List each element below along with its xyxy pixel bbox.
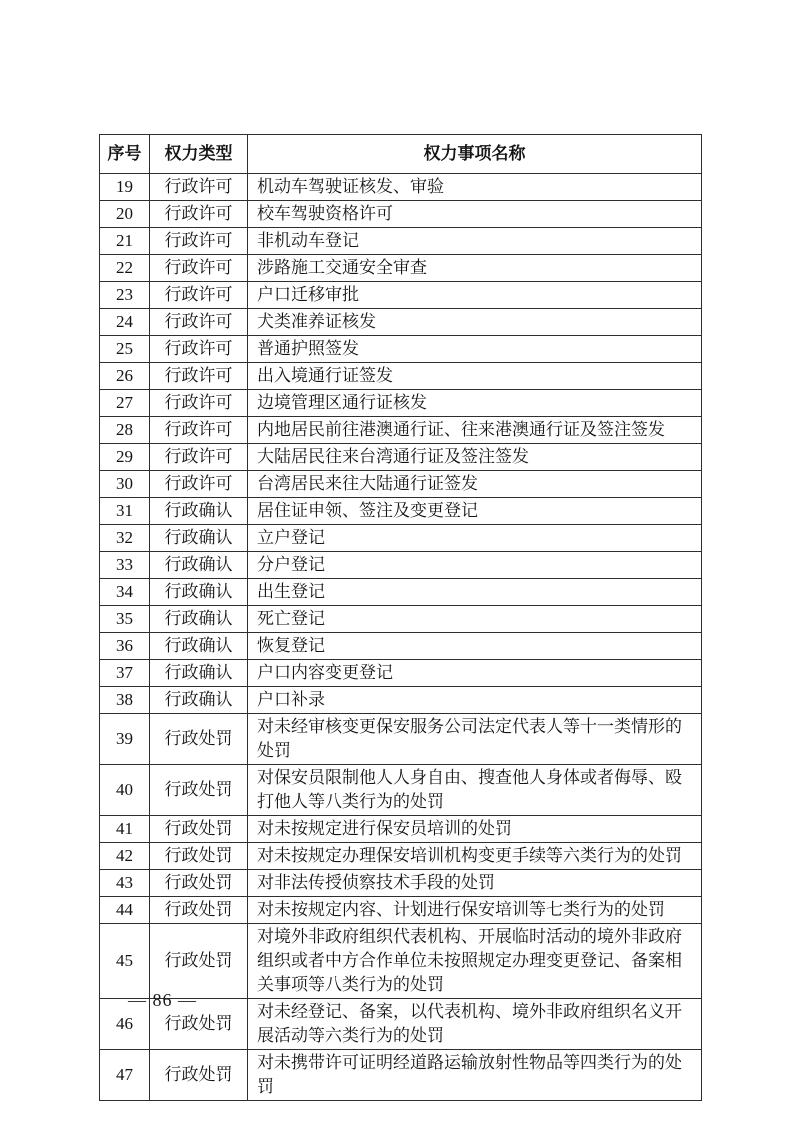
table-row: 39行政处罚对未经审核变更保安服务公司法定代表人等十一类情形的处罚 (100, 714, 702, 765)
power-type-cell: 行政确认 (150, 633, 248, 660)
power-type-cell: 行政确认 (150, 498, 248, 525)
power-item-name-cell: 户口补录 (248, 687, 702, 714)
table-row: 42行政处罚对未按规定办理保安培训机构变更手续等六类行为的处罚 (100, 843, 702, 870)
table-row: 44行政处罚对未按规定内容、计划进行保安培训等七类行为的处罚 (100, 897, 702, 924)
power-item-name-cell: 死亡登记 (248, 606, 702, 633)
power-type-cell: 行政确认 (150, 687, 248, 714)
serial-number-cell: 27 (100, 390, 150, 417)
power-type-cell: 行政许可 (150, 471, 248, 498)
power-item-name-cell: 机动车驾驶证核发、审验 (248, 174, 702, 201)
power-item-name-cell: 内地居民前往港澳通行证、往来港澳通行证及签注签发 (248, 417, 702, 444)
power-item-name-cell: 对非法传授侦察技术手段的处罚 (248, 870, 702, 897)
power-type-cell: 行政许可 (150, 363, 248, 390)
table-row: 43行政处罚对非法传授侦察技术手段的处罚 (100, 870, 702, 897)
serial-number-cell: 29 (100, 444, 150, 471)
power-item-name-cell: 对未按规定进行保安员培训的处罚 (248, 816, 702, 843)
power-items-table: 序号 权力类型 权力事项名称 19行政许可机动车驾驶证核发、审验20行政许可校车… (99, 134, 702, 1101)
power-item-name-cell: 边境管理区通行证核发 (248, 390, 702, 417)
power-item-name-cell: 户口内容变更登记 (248, 660, 702, 687)
serial-number-cell: 30 (100, 471, 150, 498)
power-item-name-cell: 出生登记 (248, 579, 702, 606)
power-item-name-cell: 大陆居民往来台湾通行证及签注签发 (248, 444, 702, 471)
power-item-name-cell: 对未按规定内容、计划进行保安培训等七类行为的处罚 (248, 897, 702, 924)
serial-number-cell: 44 (100, 897, 150, 924)
table-row: 32行政确认立户登记 (100, 525, 702, 552)
power-item-name-cell: 犬类准养证核发 (248, 309, 702, 336)
table-row: 22行政许可涉路施工交通安全审查 (100, 255, 702, 282)
power-item-name-cell: 出入境通行证签发 (248, 363, 702, 390)
serial-number-cell: 42 (100, 843, 150, 870)
table-row: 45行政处罚对境外非政府组织代表机构、开展临时活动的境外非政府组织或者中方合作单… (100, 924, 702, 999)
serial-number-cell: 24 (100, 309, 150, 336)
power-type-cell: 行政许可 (150, 336, 248, 363)
table-row: 31行政确认居住证申领、签注及变更登记 (100, 498, 702, 525)
power-item-name-cell: 校车驾驶资格许可 (248, 201, 702, 228)
power-item-name-cell: 非机动车登记 (248, 228, 702, 255)
power-item-name-cell: 对未经审核变更保安服务公司法定代表人等十一类情形的处罚 (248, 714, 702, 765)
power-item-name-cell: 对境外非政府组织代表机构、开展临时活动的境外非政府组织或者中方合作单位未按照规定… (248, 924, 702, 999)
header-power-type: 权力类型 (150, 135, 248, 174)
table-row: 35行政确认死亡登记 (100, 606, 702, 633)
table-row: 19行政许可机动车驾驶证核发、审验 (100, 174, 702, 201)
table-row: 23行政许可户口迁移审批 (100, 282, 702, 309)
serial-number-cell: 40 (100, 765, 150, 816)
power-type-cell: 行政处罚 (150, 714, 248, 765)
power-type-cell: 行政处罚 (150, 924, 248, 999)
table-row: 37行政确认户口内容变更登记 (100, 660, 702, 687)
table-row: 24行政许可犬类准养证核发 (100, 309, 702, 336)
serial-number-cell: 20 (100, 201, 150, 228)
power-type-cell: 行政许可 (150, 228, 248, 255)
power-type-cell: 行政处罚 (150, 765, 248, 816)
table-row: 27行政许可边境管理区通行证核发 (100, 390, 702, 417)
serial-number-cell: 35 (100, 606, 150, 633)
document-page: 序号 权力类型 权力事项名称 19行政许可机动车驾驶证核发、审验20行政许可校车… (0, 0, 793, 1122)
table-row: 41行政处罚对未按规定进行保安员培训的处罚 (100, 816, 702, 843)
table-row: 38行政确认户口补录 (100, 687, 702, 714)
serial-number-cell: 34 (100, 579, 150, 606)
table-row: 33行政确认分户登记 (100, 552, 702, 579)
serial-number-cell: 37 (100, 660, 150, 687)
power-item-name-cell: 对未按规定办理保安培训机构变更手续等六类行为的处罚 (248, 843, 702, 870)
table-row: 36行政确认恢复登记 (100, 633, 702, 660)
power-item-name-cell: 居住证申领、签注及变更登记 (248, 498, 702, 525)
header-power-item-name: 权力事项名称 (248, 135, 702, 174)
serial-number-cell: 45 (100, 924, 150, 999)
page-number: — 86 — (128, 990, 197, 1011)
power-item-name-cell: 对未经登记、备案，以代表机构、境外非政府组织名义开展活动等六类行为的处罚 (248, 999, 702, 1050)
table-row: 21行政许可非机动车登记 (100, 228, 702, 255)
table-row: 34行政确认出生登记 (100, 579, 702, 606)
power-type-cell: 行政许可 (150, 390, 248, 417)
power-item-name-cell: 户口迁移审批 (248, 282, 702, 309)
serial-number-cell: 41 (100, 816, 150, 843)
serial-number-cell: 31 (100, 498, 150, 525)
table-header-row: 序号 权力类型 权力事项名称 (100, 135, 702, 174)
serial-number-cell: 33 (100, 552, 150, 579)
power-type-cell: 行政处罚 (150, 816, 248, 843)
table-row: 28行政许可内地居民前往港澳通行证、往来港澳通行证及签注签发 (100, 417, 702, 444)
power-type-cell: 行政确认 (150, 606, 248, 633)
power-type-cell: 行政确认 (150, 552, 248, 579)
power-item-name-cell: 立户登记 (248, 525, 702, 552)
serial-number-cell: 21 (100, 228, 150, 255)
power-type-cell: 行政处罚 (150, 897, 248, 924)
power-type-cell: 行政处罚 (150, 870, 248, 897)
serial-number-cell: 36 (100, 633, 150, 660)
table-row: 29行政许可大陆居民往来台湾通行证及签注签发 (100, 444, 702, 471)
table-row: 40行政处罚对保安员限制他人人身自由、搜查他人身体或者侮辱、殴打他人等八类行为的… (100, 765, 702, 816)
table-row: 26行政许可出入境通行证签发 (100, 363, 702, 390)
power-type-cell: 行政许可 (150, 255, 248, 282)
serial-number-cell: 23 (100, 282, 150, 309)
serial-number-cell: 47 (100, 1050, 150, 1101)
power-item-name-cell: 涉路施工交通安全审查 (248, 255, 702, 282)
power-type-cell: 行政许可 (150, 174, 248, 201)
power-type-cell: 行政确认 (150, 579, 248, 606)
power-type-cell: 行政许可 (150, 309, 248, 336)
power-item-name-cell: 恢复登记 (248, 633, 702, 660)
table-header: 序号 权力类型 权力事项名称 (100, 135, 702, 174)
serial-number-cell: 19 (100, 174, 150, 201)
table-row: 25行政许可普通护照签发 (100, 336, 702, 363)
serial-number-cell: 39 (100, 714, 150, 765)
power-item-name-cell: 普通护照签发 (248, 336, 702, 363)
table-row: 47行政处罚对未携带许可证明经道路运输放射性物品等四类行为的处罚 (100, 1050, 702, 1101)
power-item-name-cell: 对未携带许可证明经道路运输放射性物品等四类行为的处罚 (248, 1050, 702, 1101)
power-type-cell: 行政确认 (150, 525, 248, 552)
power-type-cell: 行政处罚 (150, 843, 248, 870)
header-serial-number: 序号 (100, 135, 150, 174)
table-row: 20行政许可校车驾驶资格许可 (100, 201, 702, 228)
power-item-name-cell: 对保安员限制他人人身自由、搜查他人身体或者侮辱、殴打他人等八类行为的处罚 (248, 765, 702, 816)
power-type-cell: 行政许可 (150, 201, 248, 228)
power-type-cell: 行政许可 (150, 444, 248, 471)
power-type-cell: 行政许可 (150, 282, 248, 309)
power-type-cell: 行政确认 (150, 660, 248, 687)
serial-number-cell: 22 (100, 255, 150, 282)
serial-number-cell: 32 (100, 525, 150, 552)
serial-number-cell: 38 (100, 687, 150, 714)
table-body: 19行政许可机动车驾驶证核发、审验20行政许可校车驾驶资格许可21行政许可非机动… (100, 174, 702, 1101)
serial-number-cell: 43 (100, 870, 150, 897)
serial-number-cell: 28 (100, 417, 150, 444)
power-type-cell: 行政处罚 (150, 1050, 248, 1101)
power-type-cell: 行政许可 (150, 417, 248, 444)
table-row: 30行政许可台湾居民来往大陆通行证签发 (100, 471, 702, 498)
power-item-name-cell: 分户登记 (248, 552, 702, 579)
serial-number-cell: 25 (100, 336, 150, 363)
serial-number-cell: 26 (100, 363, 150, 390)
power-item-name-cell: 台湾居民来往大陆通行证签发 (248, 471, 702, 498)
